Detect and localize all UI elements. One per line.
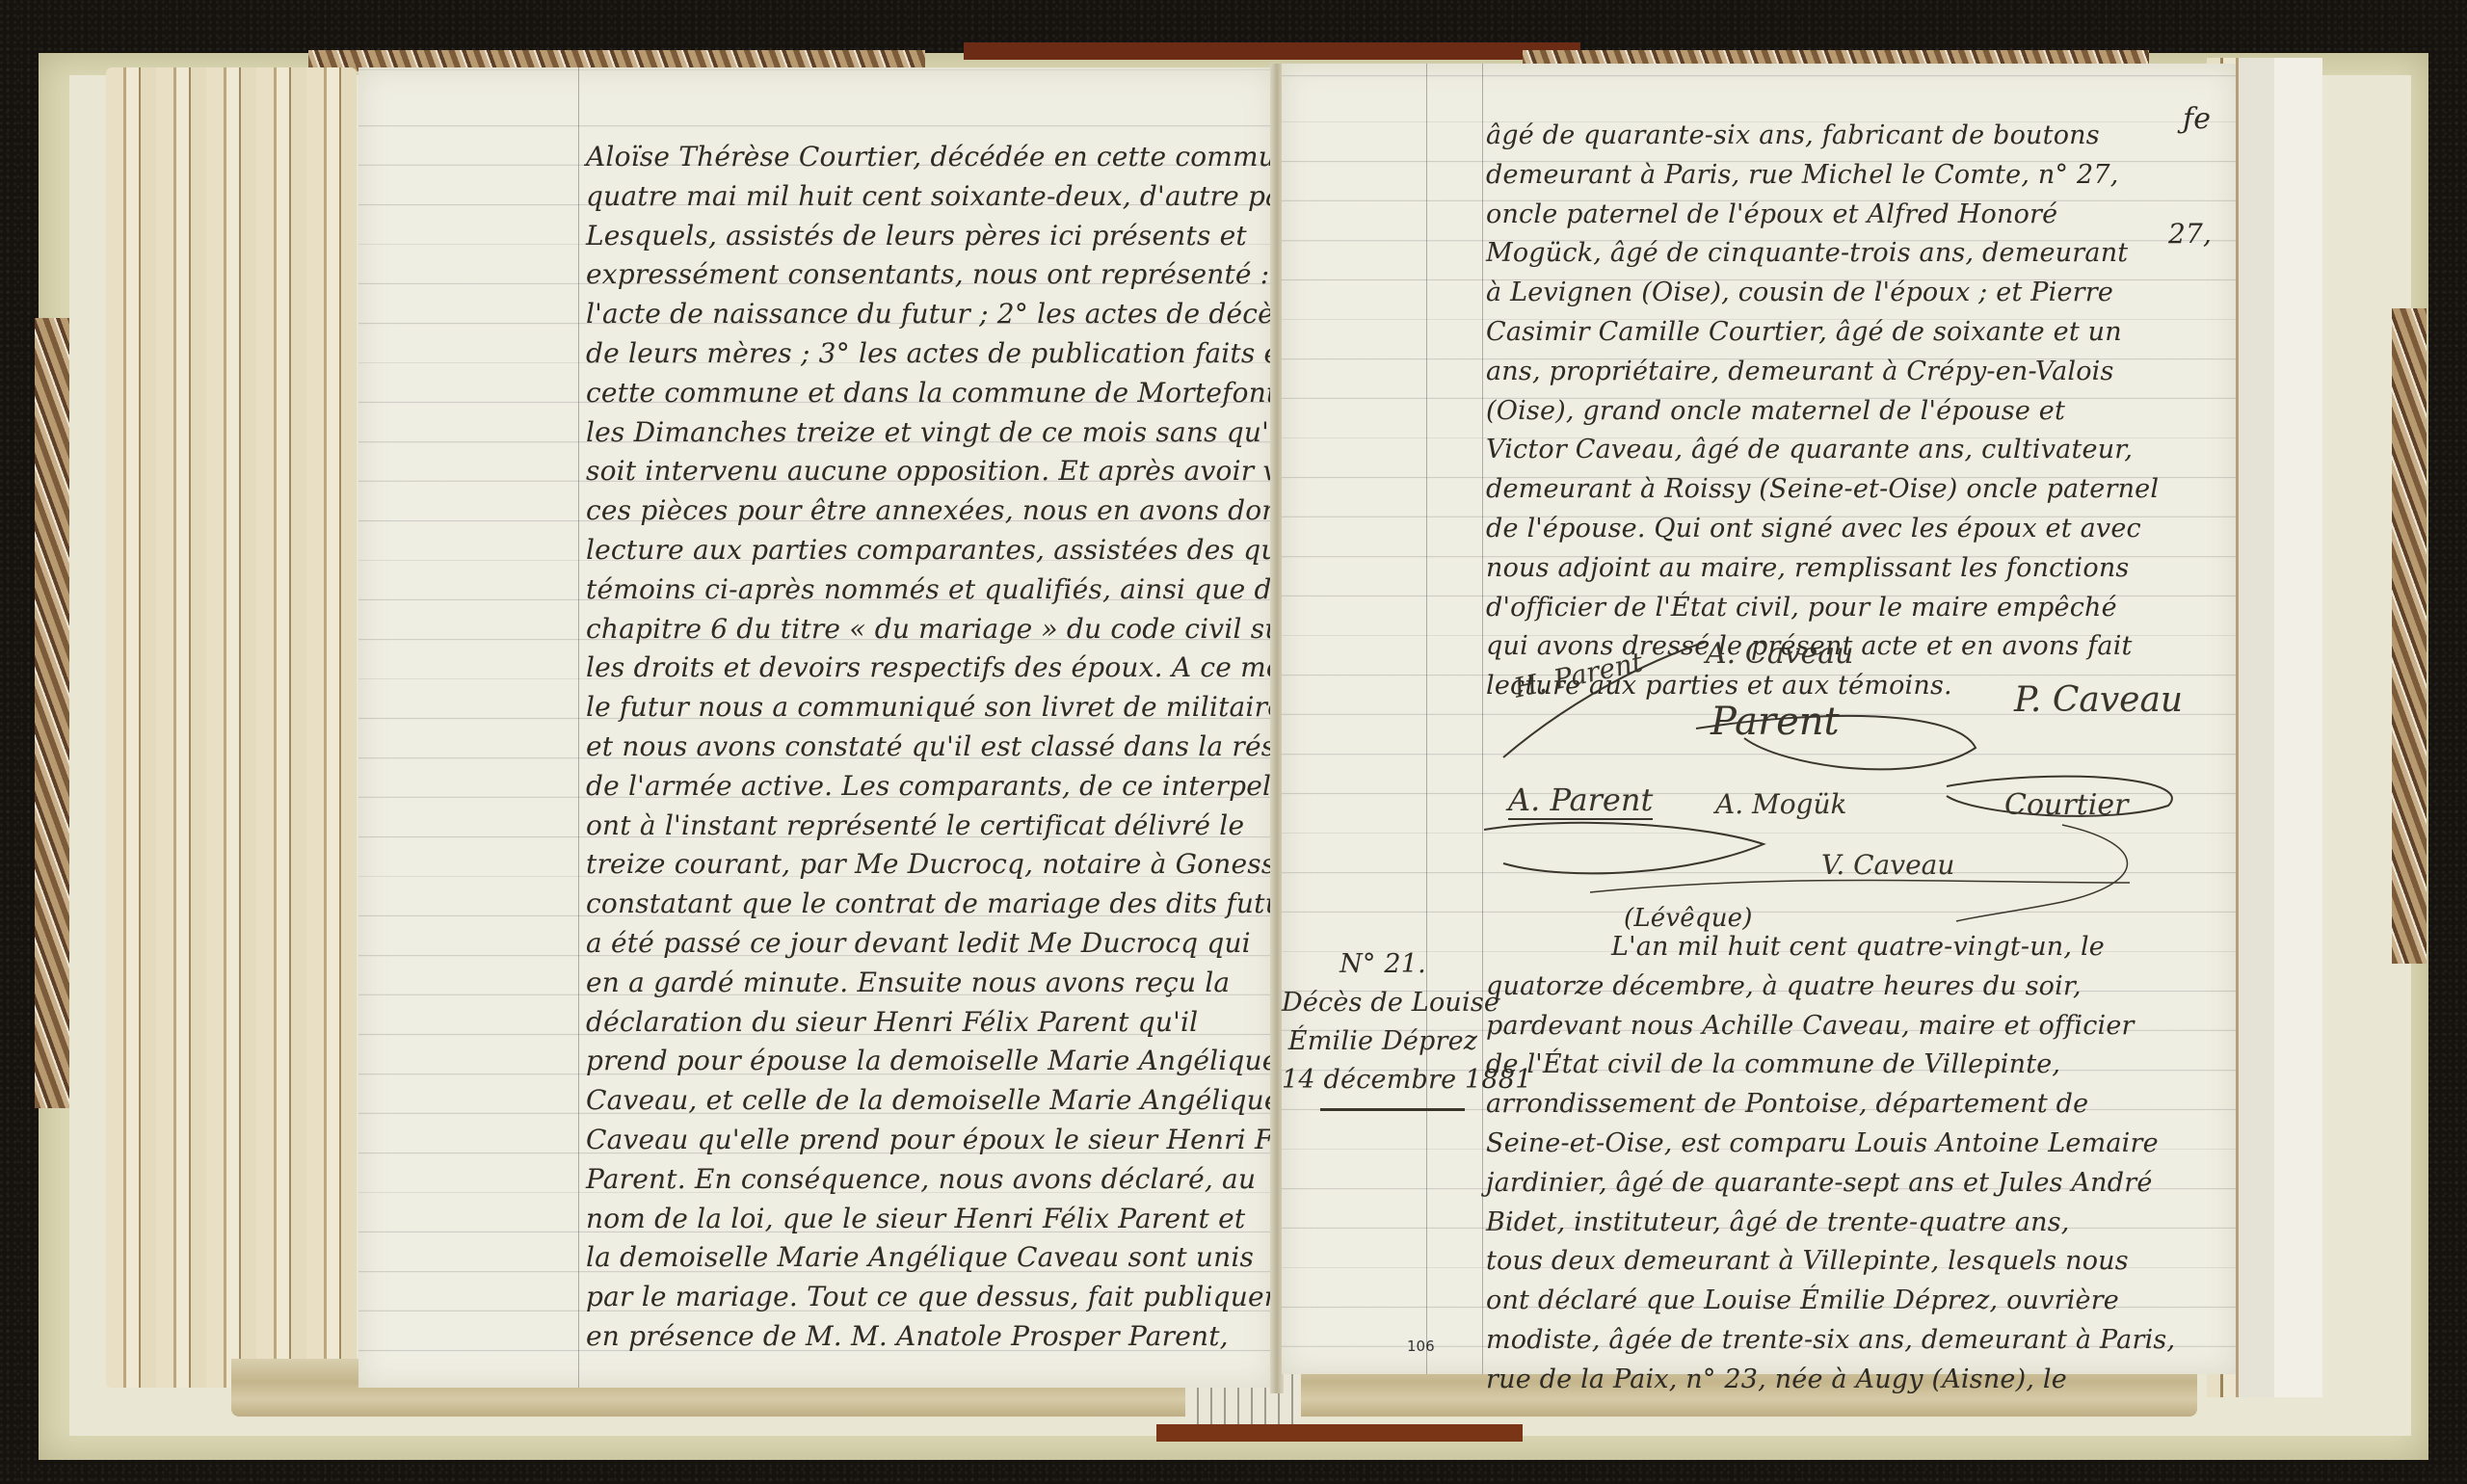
handwritten-line: en présence de M. M. Anatole Prosper Par… xyxy=(586,1312,1229,1360)
act-title-line1: Décès de Louise xyxy=(1282,984,1484,1022)
folio-number: 106 xyxy=(1407,1338,1435,1355)
left-page: Aloïse Thérèse Courtier, décédée en cett… xyxy=(358,67,1274,1388)
binding-spine-top xyxy=(964,42,1580,60)
marbled-cover-edge-right xyxy=(2392,308,2427,964)
act-title-line2: Émilie Déprez xyxy=(1282,1022,1484,1061)
page-stack-left xyxy=(106,67,357,1388)
marbled-cover-edge-left xyxy=(35,318,69,1108)
corner-page-mark: ƒe xyxy=(2183,102,2211,136)
right-page: ƒe 27, âgé de quarante-six ans, fabrican… xyxy=(1282,64,2236,1374)
margin-line xyxy=(578,67,579,1388)
binding-spine-bottom xyxy=(1156,1424,1523,1442)
side-annotation: 27, xyxy=(2168,218,2212,250)
handwritten-line: rue de la Paix, n° 23, née à Augy (Aisne… xyxy=(1486,1356,2067,1404)
act-date: 14 décembre 1881 xyxy=(1282,1061,1484,1100)
signature-flourishes xyxy=(1282,603,2236,931)
act-number: N° 21. xyxy=(1282,945,1484,984)
entry-underline xyxy=(1320,1108,1465,1111)
